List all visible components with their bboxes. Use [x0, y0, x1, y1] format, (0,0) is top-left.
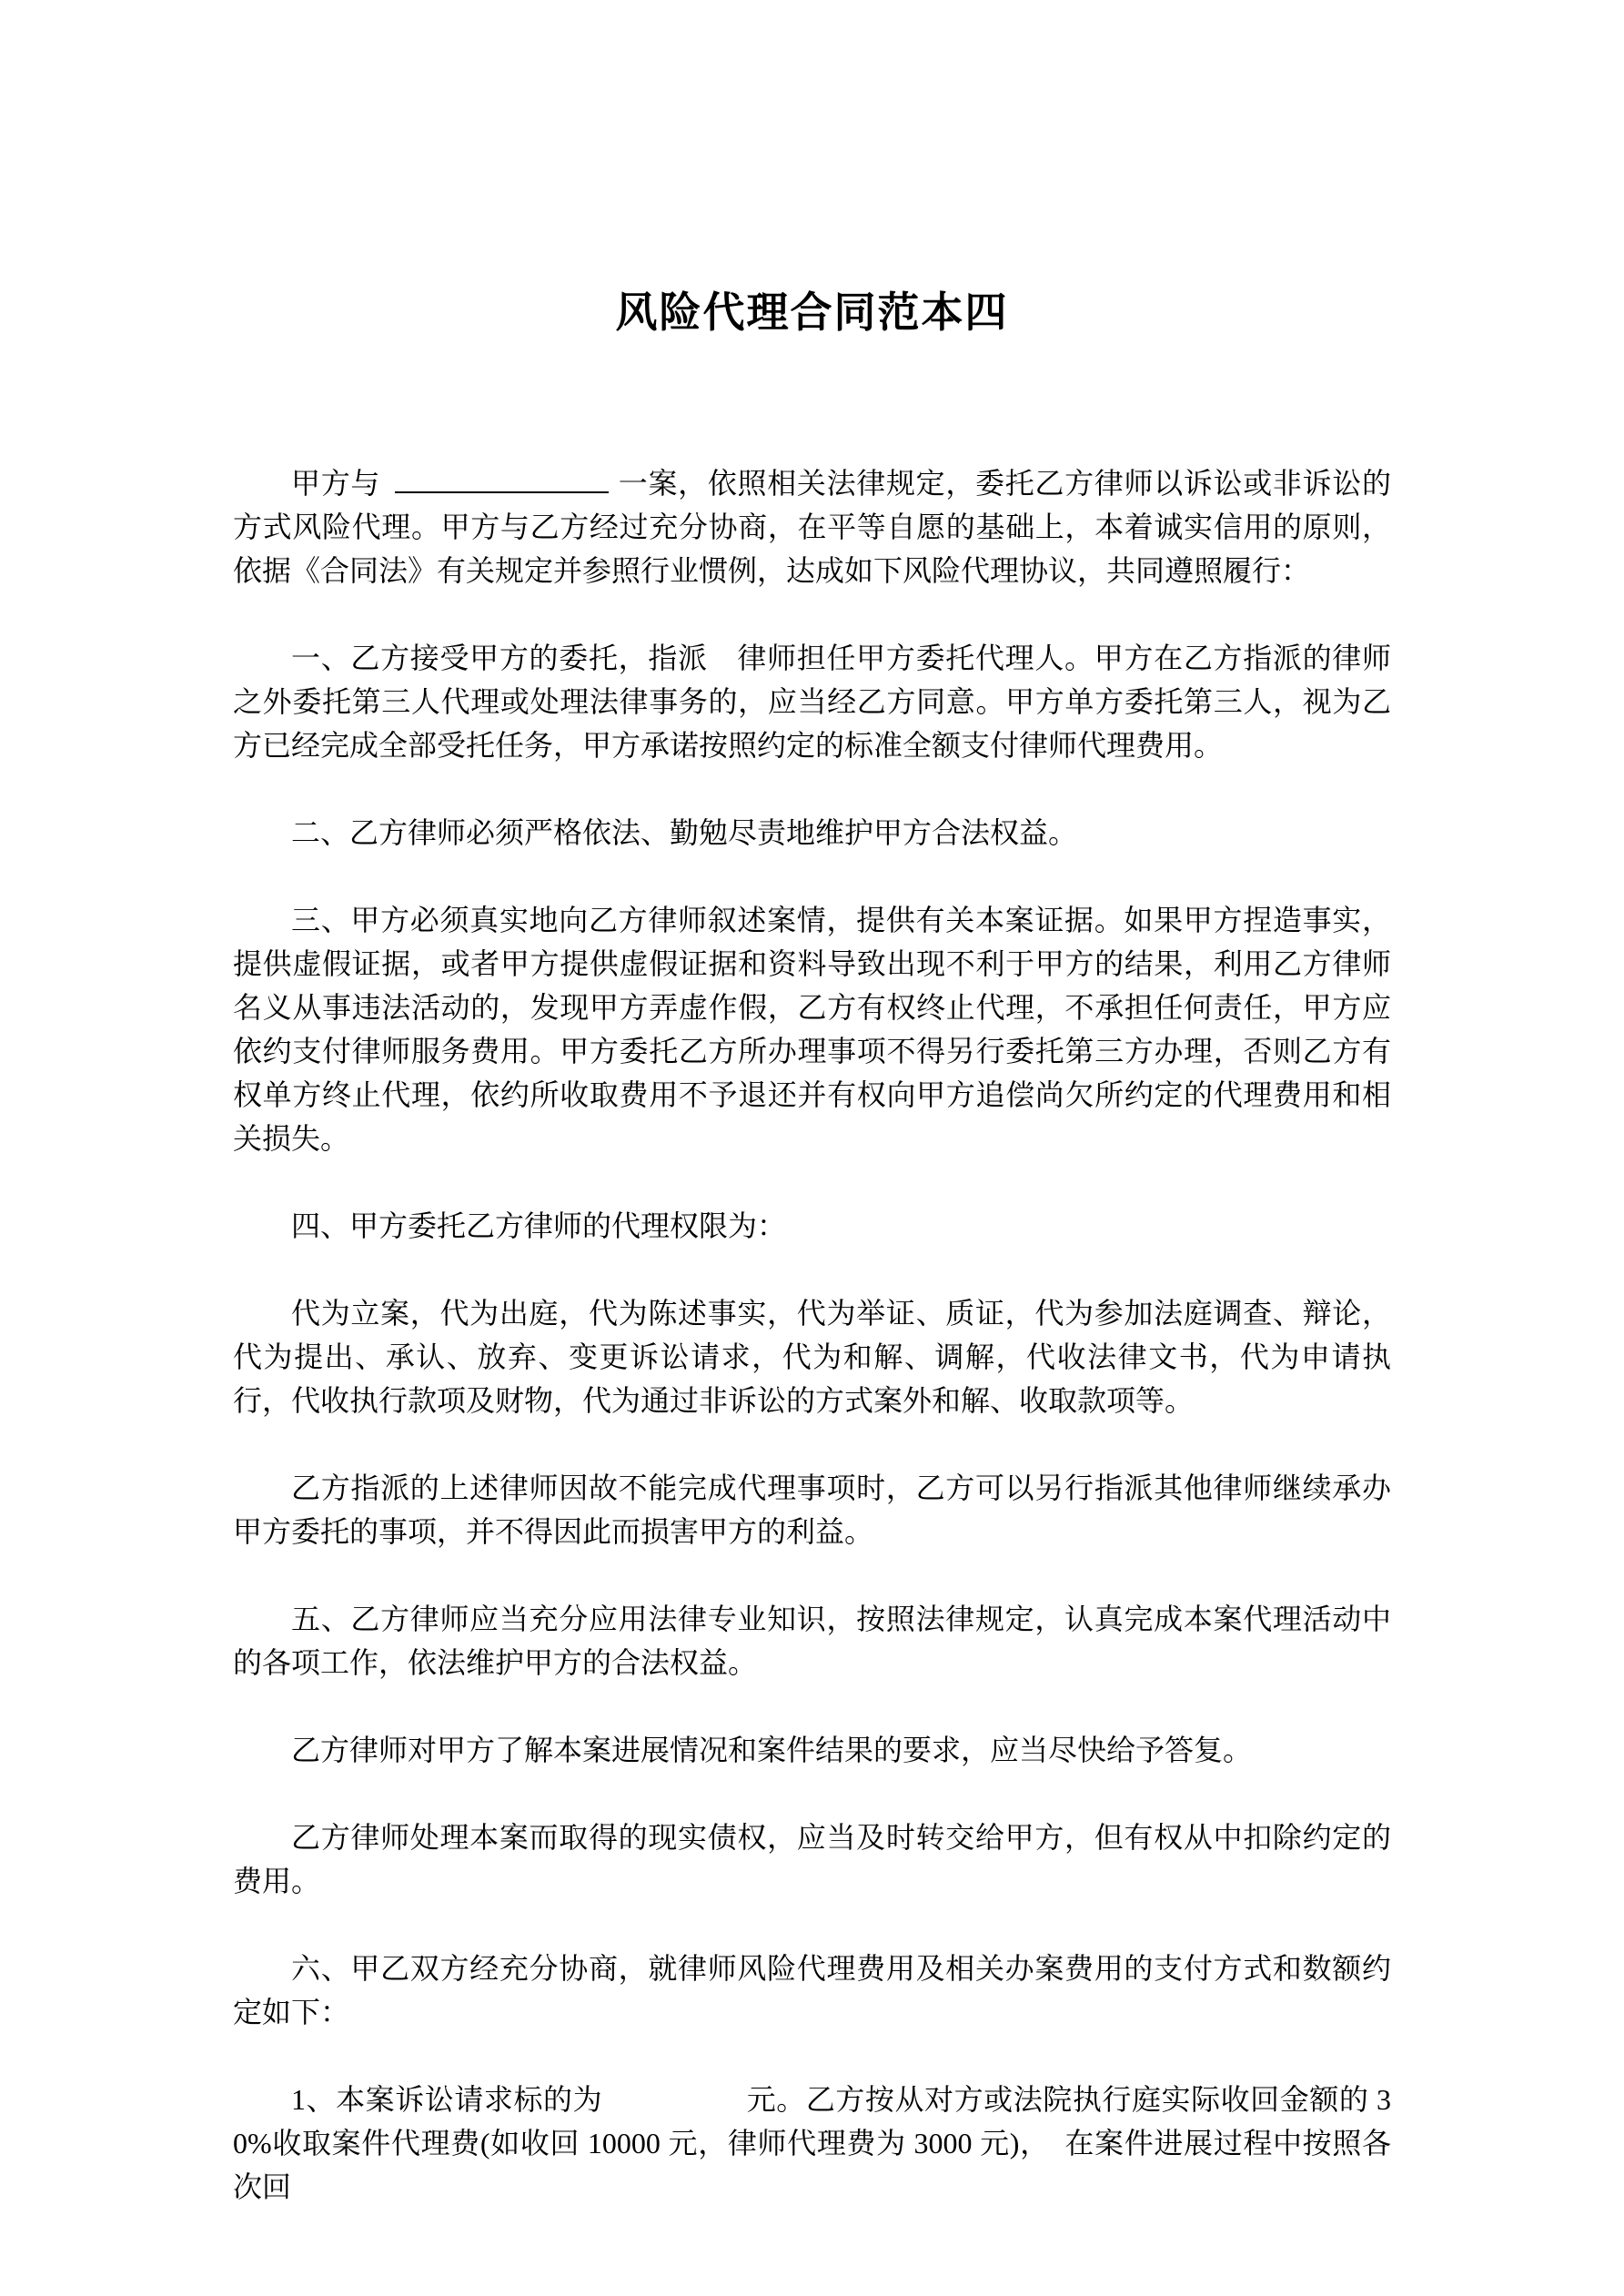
- paragraph-intro: 甲方与一案，依照相关法律规定，委托乙方律师以诉讼或非诉讼的方式风险代理。甲方与乙…: [233, 460, 1391, 592]
- paragraph-fee-item-1: 1、本案诉讼请求标的为元。乙方按从对方或法院执行庭实际收回金额的 30%收取案件…: [233, 2078, 1391, 2209]
- paragraph-clause-4-scope: 代为立案，代为出庭，代为陈述事实，代为举证、质证，代为参加法庭调查、辩论，代为提…: [233, 1291, 1391, 1422]
- paragraph-clause-5-reply: 乙方律师对甲方了解本案进展情况和案件结果的要求，应当尽快给予答复。: [233, 1728, 1391, 1772]
- paragraph-clause-4-substitution: 乙方指派的上述律师因故不能完成代理事项时，乙方可以另行指派其他律师继续承办甲方委…: [233, 1466, 1391, 1553]
- paragraph-clause-2: 二、乙方律师必须严格依法、勤勉尽责地维护甲方合法权益。: [233, 811, 1391, 855]
- paragraph-clause-5-debt: 乙方律师处理本案而取得的现实债权，应当及时转交给甲方，但有权从中扣除约定的费用。: [233, 1816, 1391, 1903]
- blank-amount-space: [602, 2109, 746, 2109]
- blank-underline-case-name: [395, 460, 609, 493]
- document-body: 甲方与一案，依照相关法律规定，委托乙方律师以诉讼或非诉讼的方式风险代理。甲方与乙…: [233, 460, 1391, 2209]
- paragraph-clause-5: 五、乙方律师应当充分应用法律专业知识，按照法律规定，认真完成本案代理活动中的各项…: [233, 1597, 1391, 1684]
- fee-item-text-before: 1、本案诉讼请求标的为: [291, 2083, 602, 2116]
- contract-page: 风险代理合同范本四 甲方与一案，依照相关法律规定，委托乙方律师以诉讼或非诉讼的方…: [0, 0, 1624, 2296]
- paragraph-clause-4-heading: 四、甲方委托乙方律师的代理权限为：: [233, 1204, 1391, 1248]
- paragraph-clause-6: 六、甲乙双方经充分协商，就律师风险代理费用及相关办案费用的支付方式和数额约定如下…: [233, 1947, 1391, 2034]
- document-title: 风险代理合同范本四: [233, 284, 1391, 342]
- paragraph-clause-1: 一、乙方接受甲方的委托，指派 律师担任甲方委托代理人。甲方在乙方指派的律师之外委…: [233, 636, 1391, 767]
- intro-text-before: 甲方与: [291, 467, 380, 500]
- paragraph-clause-3: 三、甲方必须真实地向乙方律师叙述案情，提供有关本案证据。如果甲方捏造事实，提供虚…: [233, 898, 1391, 1160]
